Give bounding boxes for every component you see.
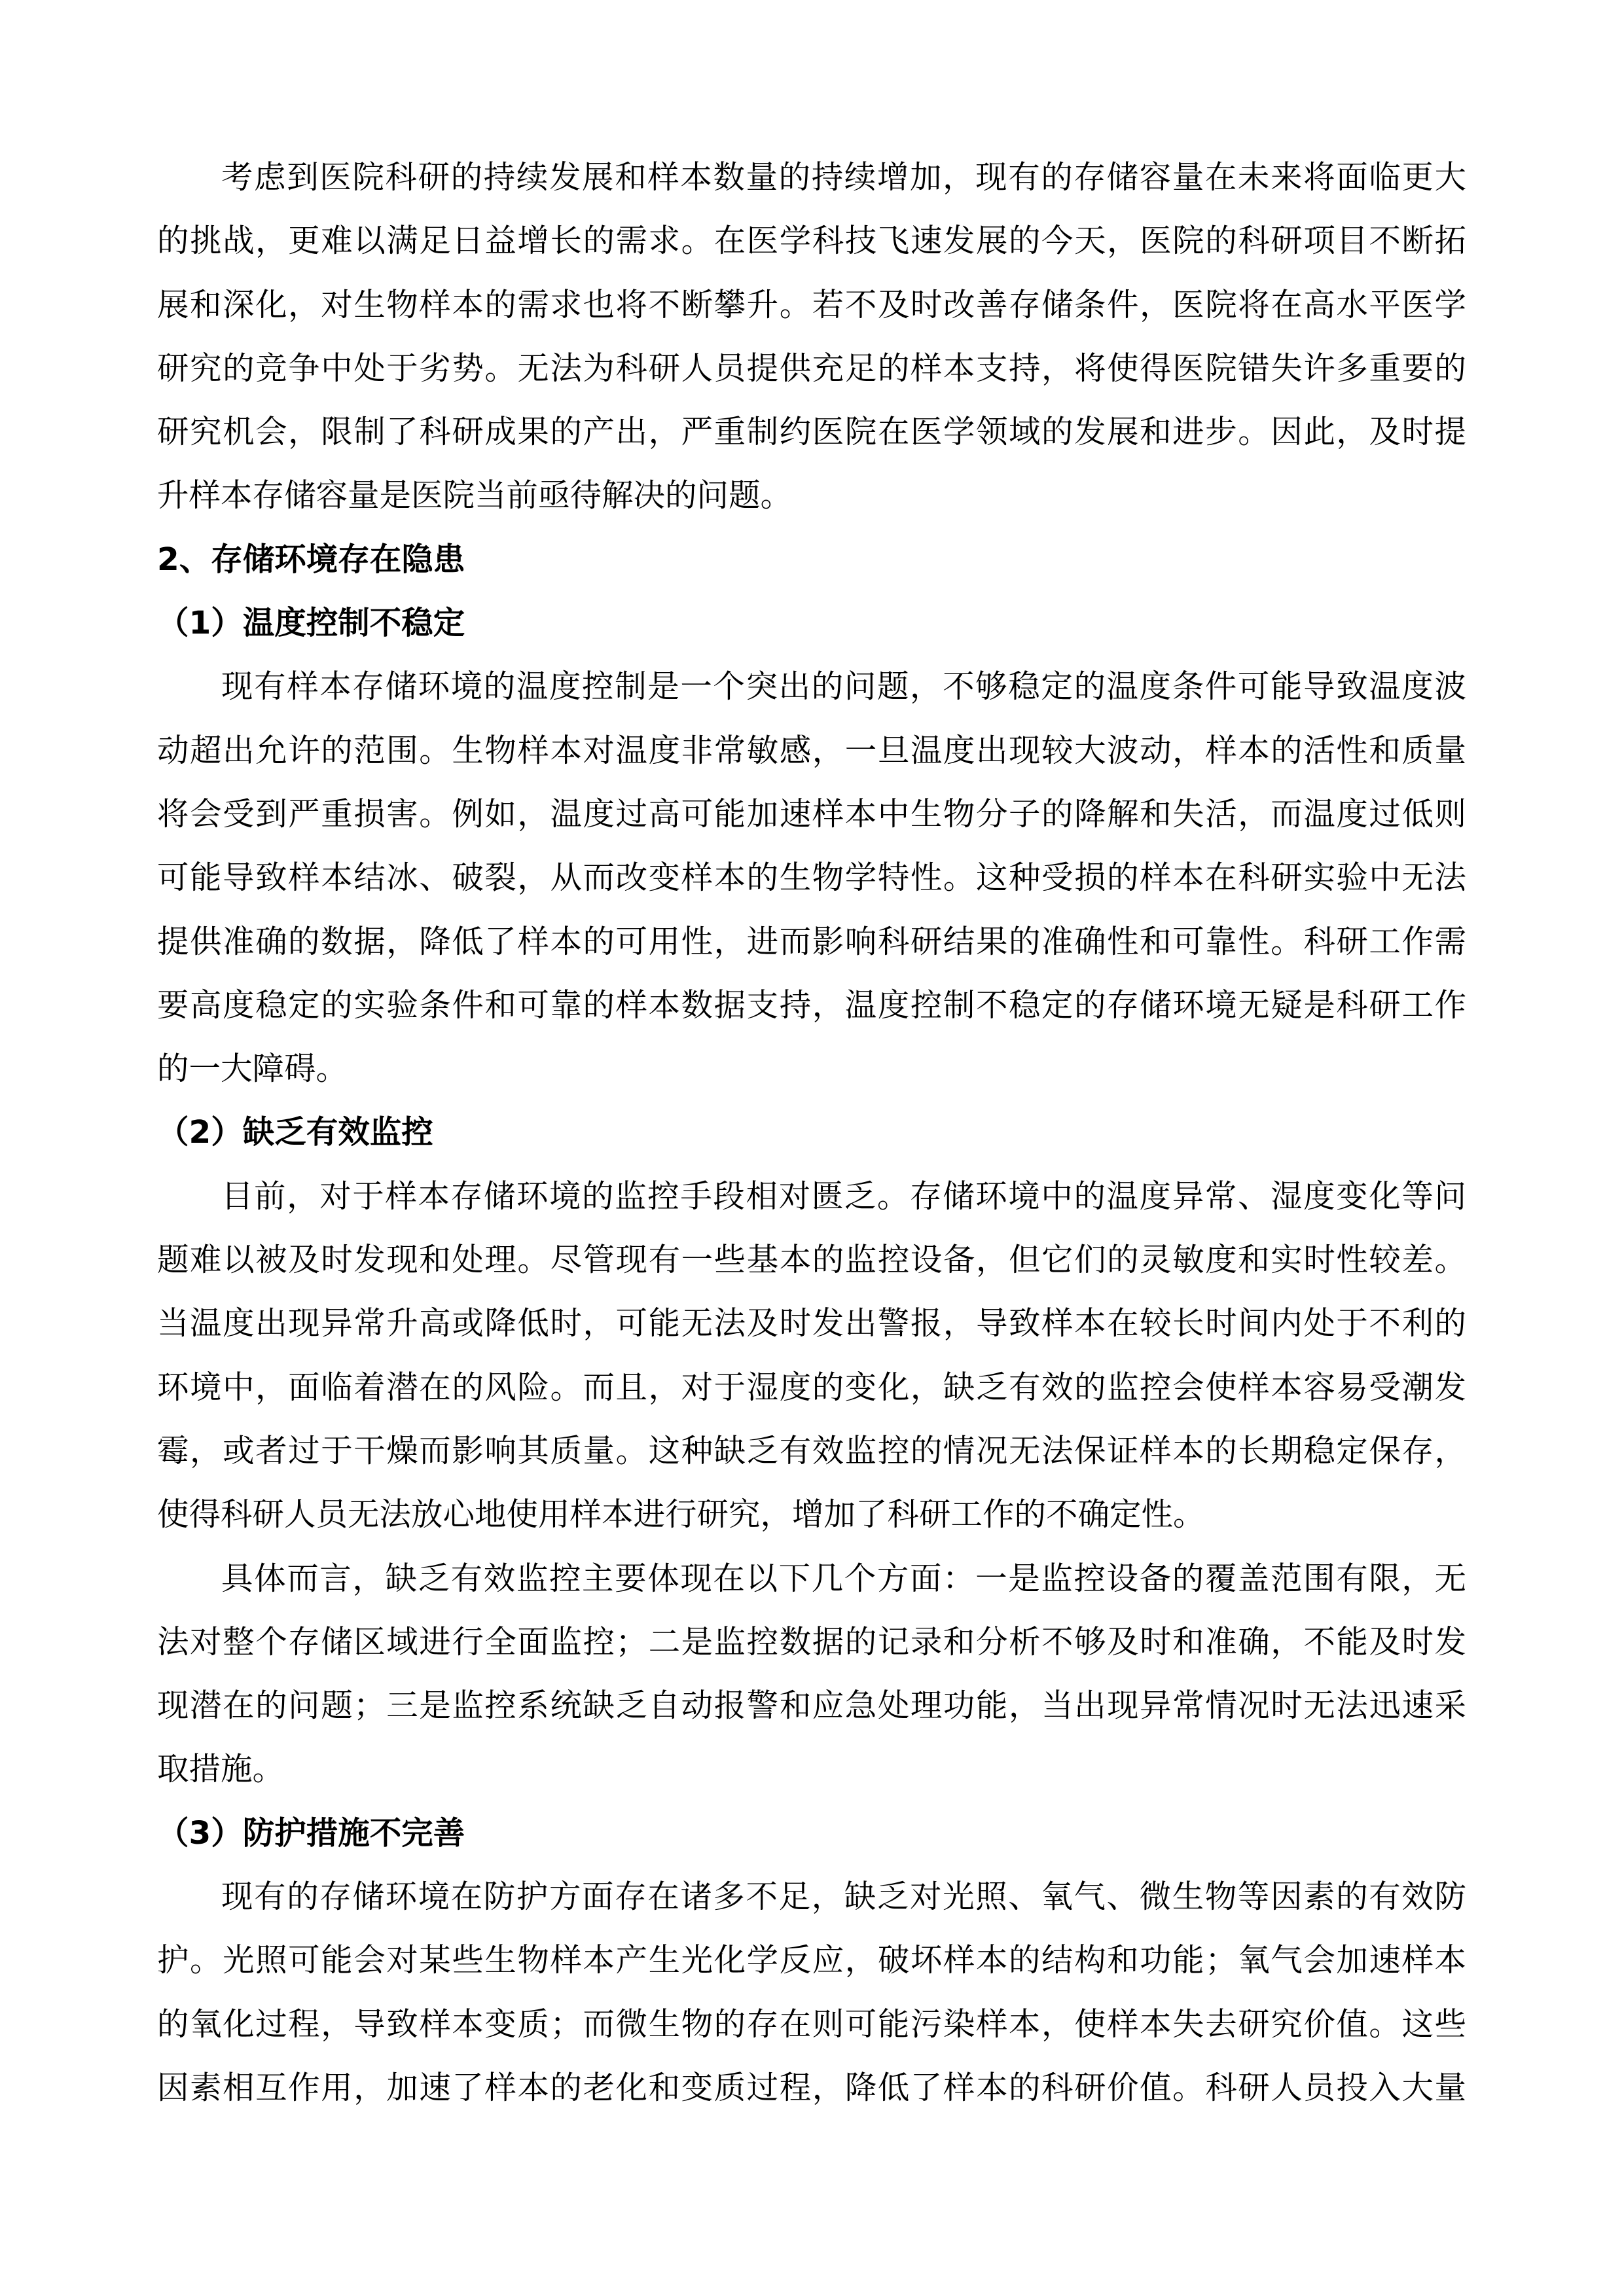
- paragraph-line: 因素相互作用，加速了样本的老化和变质过程，降低了样本的科研价值。科研人员投入大量: [157, 2056, 1466, 2120]
- paragraph-line: 现有的存储环境在防护方面存在诸多不足，缺乏对光照、氧气、微生物等因素的有效防: [157, 1865, 1466, 1929]
- paragraph-line: 的氧化过程，导致样本变质；而微生物的存在则可能污染样本，使样本失去研究价值。这些: [157, 1993, 1466, 2056]
- subsection-heading-protection: （3）防护措施不完善: [157, 1802, 1466, 1865]
- document-page: 考虑到医院科研的持续发展和样本数量的持续增加，现有的存储容量在未来将面临更大 的…: [157, 146, 1466, 2120]
- paragraph-line: 霉，或者过于干燥而影响其质量。这种缺乏有效监控的情况无法保证样本的长期稳定保存，: [157, 1420, 1466, 1483]
- paragraph-line: 将会受到严重损害。例如，温度过高可能加速样本中生物分子的降解和失活，而温度过低则: [157, 783, 1466, 846]
- paragraph-line: 题难以被及时发现和处理。尽管现有一些基本的监控设备，但它们的灵敏度和实时性较差。: [157, 1229, 1466, 1292]
- section-heading: 2、存储环境存在隐患: [157, 528, 1466, 592]
- paragraph-line: 升样本存储容量是医院当前亟待解决的问题。: [157, 464, 1466, 528]
- paragraph-protection: 现有的存储环境在防护方面存在诸多不足，缺乏对光照、氧气、微生物等因素的有效防 护…: [157, 1865, 1466, 2120]
- paragraph-line: 可能导致样本结冰、破裂，从而改变样本的生物学特性。这种受损的样本在科研实验中无法: [157, 846, 1466, 910]
- paragraph-monitoring: 目前，对于样本存储环境的监控手段相对匮乏。存储环境中的温度异常、湿度变化等问 题…: [157, 1165, 1466, 1547]
- paragraph-line: 的一大障碍。: [157, 1037, 1466, 1101]
- paragraph-line: 研究机会，限制了科研成果的产出，严重制约医院在医学领域的发展和进步。因此，及时提: [157, 401, 1466, 464]
- subsection-heading-temperature: （1）温度控制不稳定: [157, 592, 1466, 655]
- paragraph-temperature-control: 现有样本存储环境的温度控制是一个突出的问题，不够稳定的温度条件可能导致温度波 动…: [157, 655, 1466, 1101]
- paragraph-line: 要高度稳定的实验条件和可靠的样本数据支持，温度控制不稳定的存储环境无疑是科研工作: [157, 974, 1466, 1037]
- subsection-heading-monitoring: （2）缺乏有效监控: [157, 1101, 1466, 1164]
- paragraph-line: 提供准确的数据，降低了样本的可用性，进而影响科研结果的准确性和可靠性。科研工作需: [157, 910, 1466, 974]
- paragraph-line: 取措施。: [157, 1738, 1466, 1801]
- paragraph-line: 研究的竞争中处于劣势。无法为科研人员提供充足的样本支持，将使得医院错失许多重要的: [157, 337, 1466, 401]
- paragraph-line: 目前，对于样本存储环境的监控手段相对匮乏。存储环境中的温度异常、湿度变化等问: [157, 1165, 1466, 1229]
- paragraph-line: 使得科研人员无法放心地使用样本进行研究，增加了科研工作的不确定性。: [157, 1483, 1466, 1547]
- paragraph-line: 动超出允许的范围。生物样本对温度非常敏感，一旦温度出现较大波动，样本的活性和质量: [157, 719, 1466, 783]
- paragraph-line: 环境中，面临着潜在的风险。而且，对于湿度的变化，缺乏有效的监控会使样本容易受潮发: [157, 1356, 1466, 1420]
- paragraph-storage-capacity: 考虑到医院科研的持续发展和样本数量的持续增加，现有的存储容量在未来将面临更大 的…: [157, 146, 1466, 528]
- paragraph-line: 的挑战，更难以满足日益增长的需求。在医学科技飞速发展的今天，医院的科研项目不断拓: [157, 209, 1466, 273]
- paragraph-line: 展和深化，对生物样本的需求也将不断攀升。若不及时改善存储条件，医院将在高水平医学: [157, 274, 1466, 337]
- paragraph-line: 现有样本存储环境的温度控制是一个突出的问题，不够稳定的温度条件可能导致温度波: [157, 655, 1466, 719]
- paragraph-line: 当温度出现异常升高或降低时，可能无法及时发出警报，导致样本在较长时间内处于不利的: [157, 1292, 1466, 1355]
- paragraph-line: 护。光照可能会对某些生物样本产生光化学反应，破坏样本的结构和功能；氧气会加速样本: [157, 1929, 1466, 1992]
- paragraph-line: 现潜在的问题；三是监控系统缺乏自动报警和应急处理功能，当出现异常情况时无法迅速采: [157, 1674, 1466, 1738]
- paragraph-monitoring-details: 具体而言，缺乏有效监控主要体现在以下几个方面：一是监控设备的覆盖范围有限，无 法…: [157, 1547, 1466, 1802]
- paragraph-line: 法对整个存储区域进行全面监控；二是监控数据的记录和分析不够及时和准确，不能及时发: [157, 1611, 1466, 1674]
- paragraph-line: 考虑到医院科研的持续发展和样本数量的持续增加，现有的存储容量在未来将面临更大: [157, 146, 1466, 209]
- paragraph-line: 具体而言，缺乏有效监控主要体现在以下几个方面：一是监控设备的覆盖范围有限，无: [157, 1547, 1466, 1611]
